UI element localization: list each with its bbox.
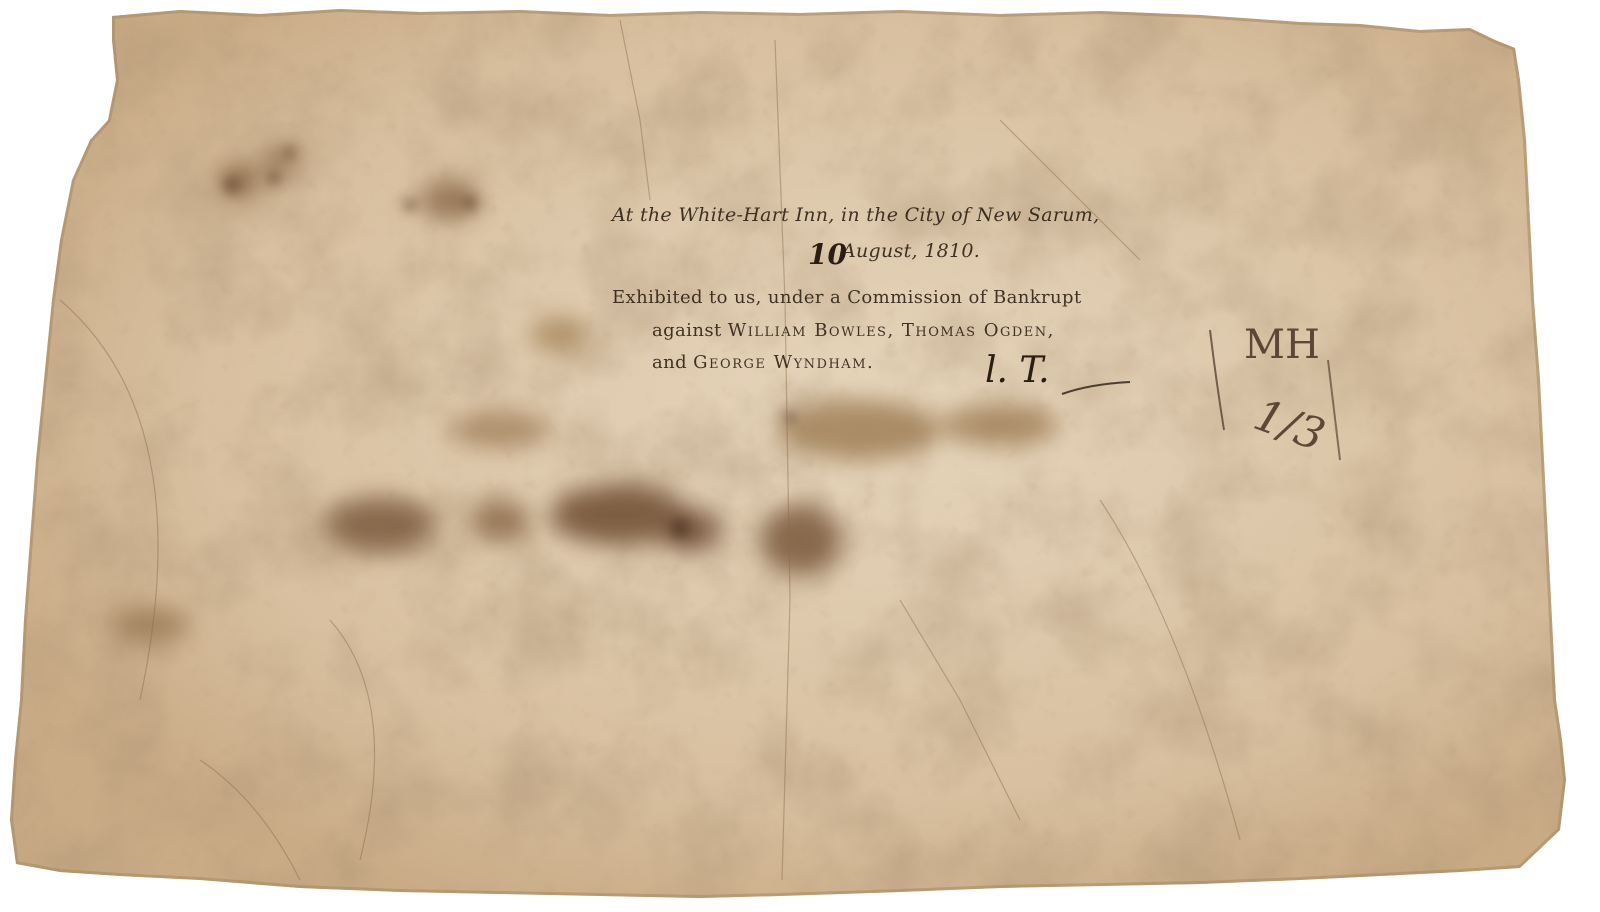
margin-bracket-marks — [1200, 320, 1350, 480]
body-line-1: Exhibited to us, under a Commission of B… — [612, 287, 1082, 308]
body-line-2: against William Bowles, Thomas Ogden, — [652, 320, 1055, 341]
bankrupt-names-2: George Wyndham. — [693, 352, 874, 373]
body-line-3: and George Wyndham. — [652, 352, 874, 373]
document-text: At the White-Hart Inn, in the City of Ne… — [0, 0, 1600, 912]
bankrupt-names-1: William Bowles, Thomas Ogden, — [728, 320, 1055, 341]
and-word: and — [652, 352, 687, 373]
handwritten-initials: l. T. — [985, 350, 1050, 391]
location-line: At the White-Hart Inn, in the City of Ne… — [612, 204, 1099, 226]
against-word: against — [652, 320, 722, 341]
date-line: August, 1810. — [842, 240, 980, 262]
initials-flourish — [1060, 378, 1140, 398]
